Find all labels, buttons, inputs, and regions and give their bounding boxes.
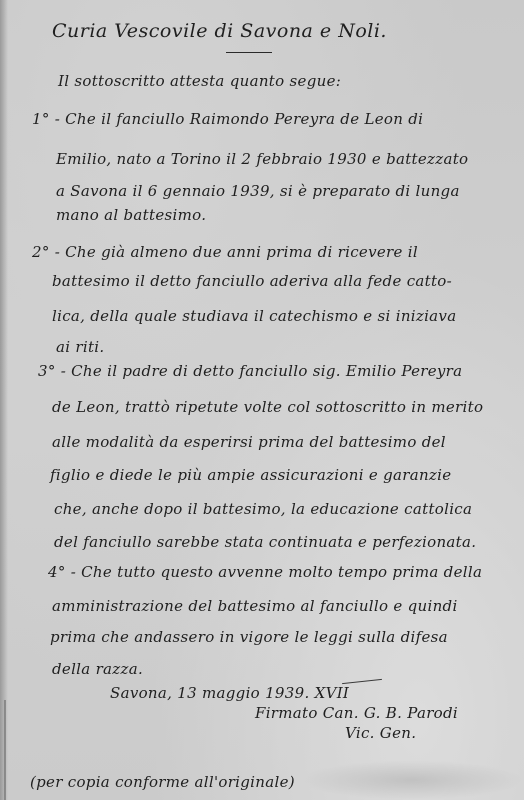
text-line-10: de Leon, trattò ripetute volte col sotto… bbox=[52, 398, 483, 416]
text-line-7: lica, della quale studiava il catechismo… bbox=[52, 307, 456, 325]
text-line-3: a Savona il 6 gennaio 1939, si è prepara… bbox=[56, 182, 460, 200]
page-fold-line bbox=[4, 700, 6, 800]
text-line-4: mano al battesimo. bbox=[56, 206, 206, 224]
footer-note: (per copia conforme all'originale) bbox=[30, 773, 295, 791]
page-edge-shadow bbox=[0, 0, 8, 800]
text-line-14: del fanciullo sarebbe stata continuata e… bbox=[54, 533, 476, 551]
ink-bleed-through bbox=[300, 760, 524, 800]
text-line-17: prima che andassero in vigore le leggi s… bbox=[50, 628, 448, 646]
signature: Firmato Can. G. B. Parodi bbox=[255, 704, 458, 722]
text-line-5: 2° - Che già almeno due anni prima di ri… bbox=[32, 243, 418, 261]
document-title: Curia Vescovile di Savona e Noli. bbox=[52, 20, 387, 42]
text-line-16: amministrazione del battesimo al fanciul… bbox=[52, 597, 458, 615]
text-line-18: della razza. bbox=[52, 660, 143, 678]
document-page: Curia Vescovile di Savona e Noli. Il sot… bbox=[0, 0, 524, 800]
date-underline bbox=[342, 679, 382, 684]
place-date: Savona, 13 maggio 1939. XVII bbox=[110, 684, 349, 702]
text-line-11: alle modalità da esperirsi prima del bat… bbox=[52, 433, 446, 451]
text-line-6: battesimo il detto fanciullo aderiva all… bbox=[52, 272, 452, 290]
text-line-9: 3° - Che il padre di detto fanciullo sig… bbox=[38, 362, 462, 380]
text-line-13: che, anche dopo il battesimo, la educazi… bbox=[54, 500, 472, 518]
text-line-8: ai riti. bbox=[56, 338, 104, 356]
intro-line: Il sottoscritto attesta quanto segue: bbox=[58, 72, 341, 90]
text-line-12: figlio e diede le più ampie assicurazion… bbox=[50, 466, 451, 484]
signature-title: Vic. Gen. bbox=[345, 724, 416, 742]
title-underline bbox=[226, 52, 272, 53]
text-line-15: 4° - Che tutto questo avvenne molto temp… bbox=[48, 563, 482, 581]
text-line-2: Emilio, nato a Torino il 2 febbraio 1930… bbox=[56, 150, 468, 168]
text-line-1: 1° - Che il fanciullo Raimondo Pereyra d… bbox=[32, 110, 423, 128]
